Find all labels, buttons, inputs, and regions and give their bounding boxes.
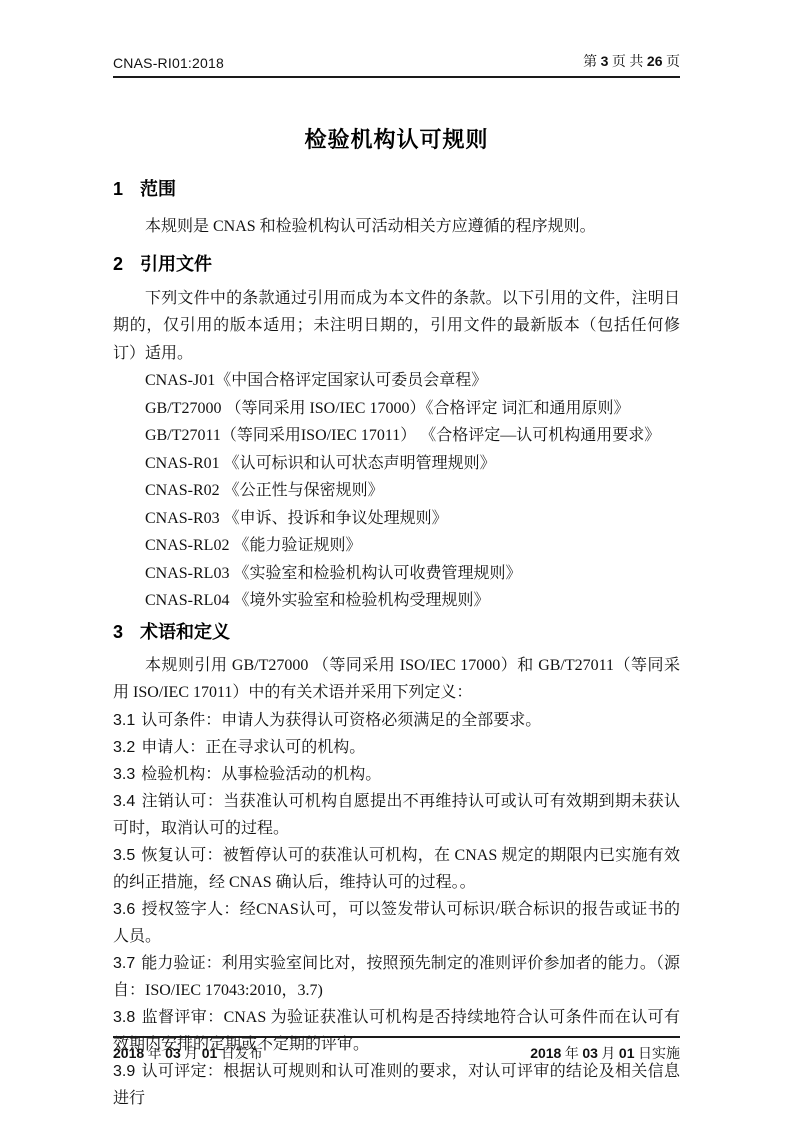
impl-month-unit: 月 bbox=[598, 1047, 619, 1062]
release-year-unit: 年 bbox=[144, 1047, 165, 1062]
term-text: 授权签字人：经CNAS认可，可以签发带认可标识/联合标识的报告或证书的人员。 bbox=[113, 901, 680, 945]
impl-day: 01 bbox=[619, 1045, 635, 1061]
page-header: CNAS-RI01:2018 第 3 页 共 26 页 bbox=[113, 53, 680, 78]
term-item: 3.7能力验证：利用实验室间比对，按照预先制定的准则评价参加者的能力。（源自：I… bbox=[113, 950, 680, 1004]
section-3-number: 3 bbox=[113, 621, 126, 643]
term-text: 认可条件：申请人为获得认可资格必须满足的全部要求。 bbox=[141, 712, 541, 729]
term-text: 注销认可：当获准认可机构自愿提出不再维持认可或认可有效期到期未获认可时，取消认可… bbox=[113, 793, 680, 837]
reference-item: CNAS-RL04 《境外实验室和检验机构受理规则》 bbox=[145, 587, 680, 615]
section-1-heading: 1范围 bbox=[113, 178, 680, 200]
section-3-title: 术语和定义 bbox=[140, 622, 230, 642]
impl-year-unit: 年 bbox=[561, 1047, 582, 1062]
section-1-number: 1 bbox=[113, 178, 126, 200]
term-item: 3.5恢复认可：被暂停认可的获准认可机构，在 CNAS 规定的期限内已实施有效的… bbox=[113, 842, 680, 896]
section-2-title: 引用文件 bbox=[140, 254, 212, 274]
term-number: 3.6 bbox=[113, 901, 135, 918]
term-number: 3.2 bbox=[113, 739, 135, 756]
term-item: 3.1认可条件：申请人为获得认可资格必须满足的全部要求。 bbox=[113, 707, 680, 734]
impl-suffix: 日实施 bbox=[635, 1047, 681, 1062]
term-number: 3.8 bbox=[113, 1009, 135, 1026]
section-2-intro: 下列文件中的条款通过引用而成为本文件的条款。以下引用的文件，注明日期的，仅引用的… bbox=[113, 285, 680, 368]
reference-item: CNAS-R02 《公正性与保密规则》 bbox=[145, 477, 680, 505]
release-month-unit: 月 bbox=[181, 1047, 202, 1062]
term-item: 3.3检验机构：从事检验活动的机构。 bbox=[113, 761, 680, 788]
document-page: CNAS-RI01:2018 第 3 页 共 26 页 检验机构认可规则 1范围… bbox=[0, 0, 793, 1122]
reference-item: CNAS-RL03 《实验室和检验机构认可收费管理规则》 bbox=[145, 560, 680, 588]
impl-year: 2018 bbox=[530, 1045, 561, 1061]
implementation-date: 2018 年 03 月 01 日实施 bbox=[530, 1044, 680, 1064]
release-day: 01 bbox=[202, 1045, 218, 1061]
page-number-label: 第 3 页 共 26 页 bbox=[583, 53, 680, 71]
total-page-number: 26 bbox=[647, 53, 663, 69]
reference-item: GB/T27000 （等同采用 ISO/IEC 17000）《合格评定 词汇和通… bbox=[145, 395, 680, 423]
section-1-title: 范围 bbox=[140, 179, 176, 199]
reference-list: CNAS-J01《中国合格评定国家认可委员会章程》 GB/T27000 （等同采… bbox=[113, 367, 680, 615]
term-number: 3.5 bbox=[113, 847, 135, 864]
release-date: 2018 年 03 月 01 日发布 bbox=[113, 1044, 263, 1064]
term-number: 3.4 bbox=[113, 793, 135, 810]
page-label-prefix: 第 bbox=[583, 55, 601, 70]
section-2-number: 2 bbox=[113, 253, 126, 275]
page-label-suffix: 页 bbox=[663, 55, 681, 70]
term-item: 3.9认可评定：根据认可规则和认可准则的要求，对认可评审的结论及相关信息进行 bbox=[113, 1058, 680, 1112]
term-item: 3.6授权签字人：经CNAS认可，可以签发带认可标识/联合标识的报告或证书的人员… bbox=[113, 896, 680, 950]
term-text: 能力验证：利用实验室间比对，按照预先制定的准则评价参加者的能力。（源自：ISO/… bbox=[113, 955, 680, 999]
section-3-heading: 3术语和定义 bbox=[113, 621, 680, 643]
page-footer: 2018 年 03 月 01 日发布 2018 年 03 月 01 日实施 bbox=[113, 1036, 680, 1064]
term-text: 检验机构：从事检验活动的机构。 bbox=[141, 766, 381, 783]
section-1-paragraph: 本规则是 CNAS 和检验机构认可活动相关方应遵循的程序规则。 bbox=[113, 213, 680, 241]
term-item: 3.4注销认可：当获准认可机构自愿提出不再维持认可或认可有效期到期未获认可时，取… bbox=[113, 788, 680, 842]
term-text: 申请人：正在寻求认可的机构。 bbox=[141, 739, 365, 756]
term-text: 认可评定：根据认可规则和认可准则的要求，对认可评审的结论及相关信息进行 bbox=[113, 1063, 680, 1107]
reference-item: CNAS-RL02 《能力验证规则》 bbox=[145, 532, 680, 560]
reference-item: CNAS-J01《中国合格评定国家认可委员会章程》 bbox=[145, 367, 680, 395]
term-number: 3.7 bbox=[113, 955, 135, 972]
section-3-intro: 本规则引用 GB/T27000 （等同采用 ISO/IEC 17000）和 GB… bbox=[113, 652, 680, 707]
release-month: 03 bbox=[165, 1045, 181, 1061]
term-item: 3.2申请人：正在寻求认可的机构。 bbox=[113, 734, 680, 761]
term-number: 3.9 bbox=[113, 1063, 135, 1080]
reference-item: CNAS-R03 《申诉、投诉和争议处理规则》 bbox=[145, 505, 680, 533]
page-label-mid: 页 共 bbox=[608, 55, 647, 70]
document-title: 检验机构认可规则 bbox=[113, 127, 680, 153]
term-number: 3.1 bbox=[113, 712, 135, 729]
release-year: 2018 bbox=[113, 1045, 144, 1061]
reference-item: GB/T27011（等同采用ISO/IEC 17011） 《合格评定—认可机构通… bbox=[145, 422, 680, 450]
term-text: 恢复认可：被暂停认可的获准认可机构，在 CNAS 规定的期限内已实施有效的纠正措… bbox=[113, 847, 680, 891]
reference-item: CNAS-R01 《认可标识和认可状态声明管理规则》 bbox=[145, 450, 680, 478]
term-number: 3.3 bbox=[113, 766, 135, 783]
impl-month: 03 bbox=[582, 1045, 598, 1061]
release-suffix: 日发布 bbox=[217, 1047, 263, 1062]
document-code: CNAS-RI01:2018 bbox=[113, 55, 224, 71]
section-2-heading: 2引用文件 bbox=[113, 253, 680, 275]
